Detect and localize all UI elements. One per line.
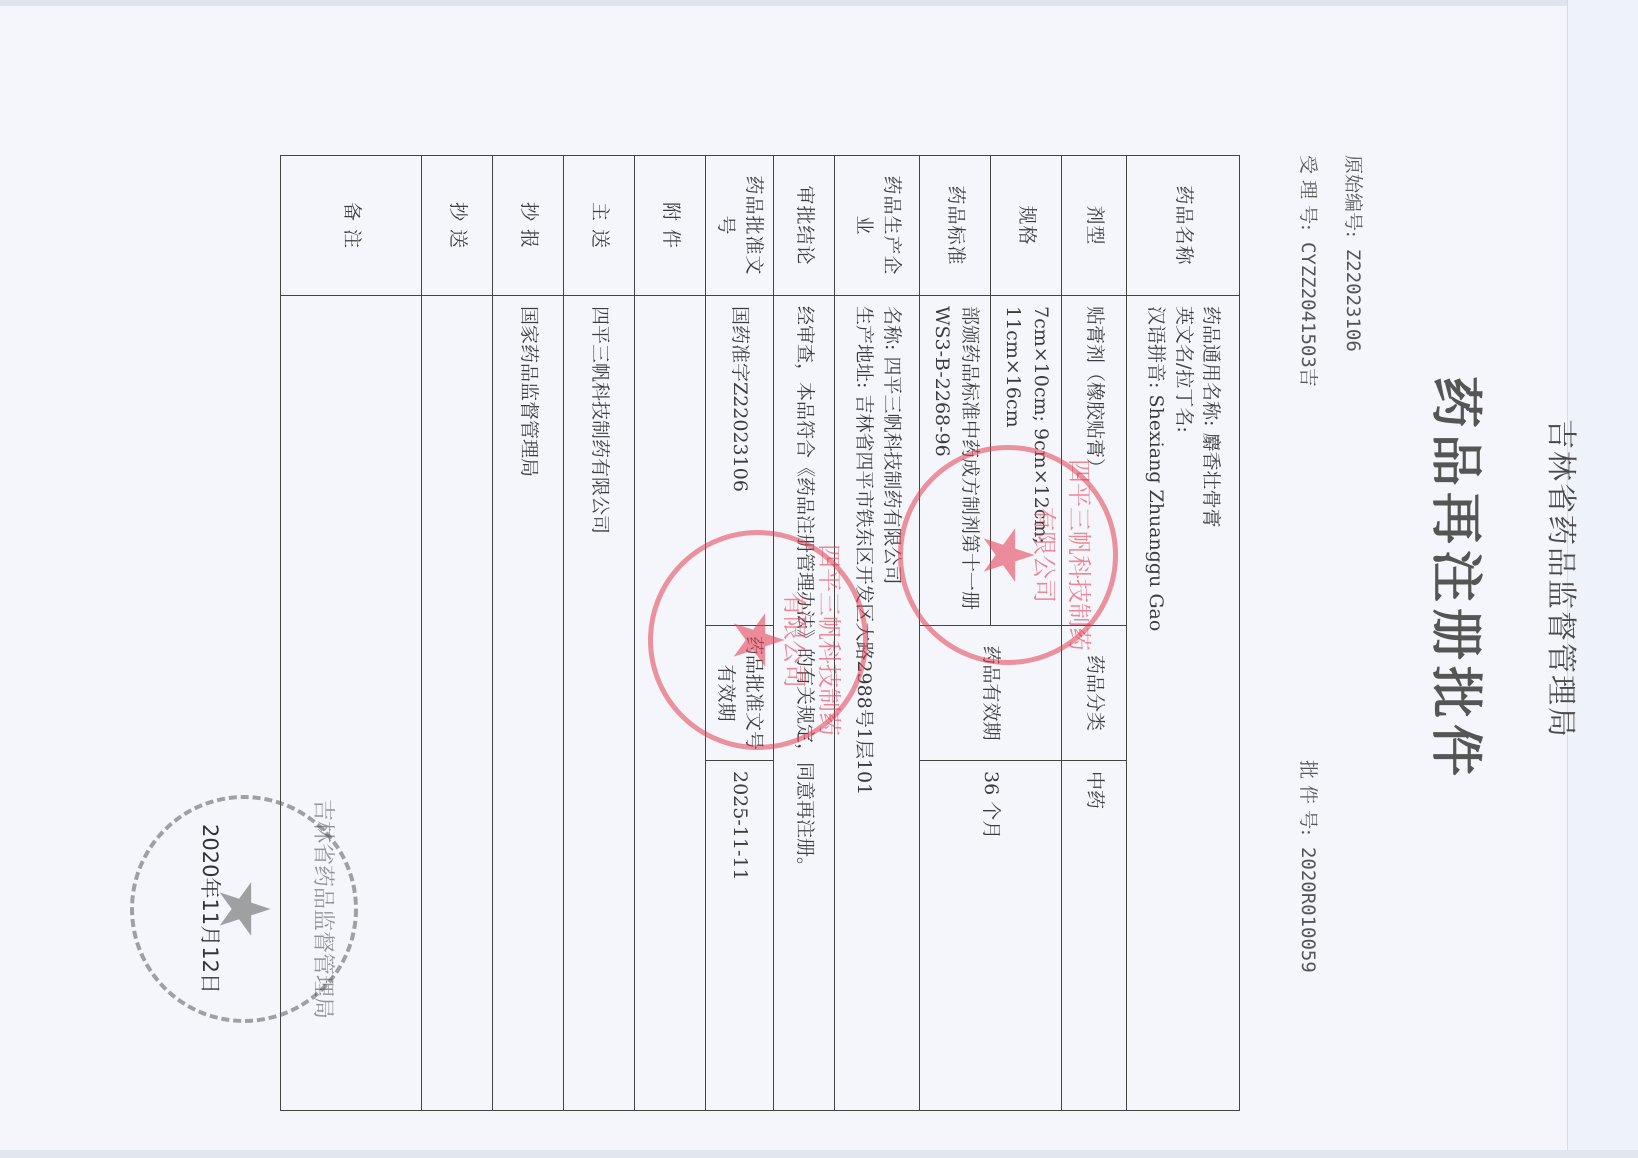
- specification-label: 规格: [991, 156, 1062, 296]
- cc-value: [421, 296, 492, 1111]
- table-row-main-recipient: 主 送 四平三帆科技制药有限公司: [563, 156, 634, 1111]
- pinyin-value: Shexiang Zhuanggu Gao: [1145, 394, 1167, 631]
- generic-name-label: 药品通用名称:: [1200, 306, 1222, 426]
- approval-doc-number-label: 批 件 号:: [1297, 760, 1319, 835]
- table-row-approval-number: 药品批准文号 国药准字Z22023106 药品批准文号有效期 2025-11-1…: [705, 156, 773, 1111]
- star-icon: ★: [203, 878, 285, 941]
- specification-value: 7cm×10cm; 9cm×12cm; 11cm×16cm: [991, 296, 1062, 626]
- acceptance-number: 受 理 号: CYZZ2041503吉: [1296, 155, 1323, 387]
- original-number: 原始编号: Z22023106: [1341, 155, 1368, 352]
- manufacturer-name-value: 四平三帆科技制药有限公司: [881, 356, 903, 584]
- drug-name-cell: 药品通用名称: 麝香壮骨膏 英文名/拉丁名: 汉语拼音: Shexiang Zh…: [1127, 296, 1240, 1111]
- table-row-drug-name: 药品名称 药品通用名称: 麝香壮骨膏 英文名/拉丁名: 汉语拼音: Shexia…: [1127, 156, 1240, 1111]
- dosage-form-label: 剂型: [1062, 156, 1127, 296]
- approval-number-value: 国药准字Z22023106: [705, 296, 773, 626]
- pinyin-label: 汉语拼音:: [1145, 306, 1167, 388]
- report-to-value: 国家药品监督管理局: [492, 296, 563, 1111]
- drug-class-value: 中药: [1062, 761, 1127, 1111]
- generic-name-value: 麝香壮骨膏: [1200, 432, 1222, 527]
- original-number-value: Z22023106: [1342, 249, 1364, 352]
- manufacturer-address-label: 生产地址:: [853, 306, 875, 388]
- conclusion-value: 经审查，本品符合《药品注册管理办法》的有关规定，同意再注册。: [774, 296, 835, 1111]
- table-row-manufacturer: 药品生产企业 名称: 四平三帆科技制药有限公司 生产地址: 吉林省四平市铁东区开…: [835, 156, 920, 1111]
- manufacturer-cell: 名称: 四平三帆科技制药有限公司 生产地址: 吉林省四平市铁东区开发区大路298…: [835, 296, 920, 1111]
- official-seal-date: 2020年11月12日: [196, 799, 226, 1019]
- approval-doc-number-value: 2020R010059: [1297, 847, 1319, 973]
- table-row-attachment: 附 件: [634, 156, 705, 1111]
- remarks-label: 备 注: [280, 156, 421, 296]
- document-page: 吉林省药品监督管理局 药品再注册批件 原始编号: Z22023106 受 理 号…: [0, 0, 1638, 1158]
- attachment-value: [634, 296, 705, 1111]
- acceptance-number-label: 受 理 号:: [1297, 155, 1319, 230]
- manufacturer-label: 药品生产企业: [835, 156, 920, 296]
- main-recipient-value: 四平三帆科技制药有限公司: [563, 296, 634, 1111]
- table-row-report-to: 抄 报 国家药品监督管理局: [492, 156, 563, 1111]
- cc-label: 抄 送: [421, 156, 492, 296]
- table-row-cc: 抄 送: [421, 156, 492, 1111]
- drug-name-label: 药品名称: [1127, 156, 1240, 296]
- manufacturer-address-value: 吉林省四平市铁东区开发区大路2988号1层101: [853, 394, 875, 795]
- registration-table: 药品名称 药品通用名称: 麝香壮骨膏 英文名/拉丁名: 汉语拼音: Shexia…: [280, 155, 1240, 1111]
- table-row-remarks: 备 注: [280, 156, 421, 1111]
- dosage-form-value: 贴膏剂（橡胶贴膏）: [1062, 296, 1127, 626]
- table-row-dosage-form: 剂型 贴膏剂（橡胶贴膏） 药品分类 中药: [1062, 156, 1127, 1111]
- remarks-value: [280, 296, 421, 1111]
- report-to-label: 抄 报: [492, 156, 563, 296]
- document-title: 药品再注册批件: [1423, 0, 1498, 1158]
- manufacturer-name-label: 名称:: [881, 306, 903, 350]
- acceptance-number-value: CYZZ2041503吉: [1297, 242, 1319, 387]
- approval-validity-value: 2025-11-11: [705, 761, 773, 1111]
- attachment-label: 附 件: [634, 156, 705, 296]
- standard-label: 药品标准: [920, 156, 991, 296]
- original-number-label: 原始编号:: [1342, 155, 1364, 237]
- shelf-life-label: 药品有效期: [920, 626, 1062, 761]
- drug-class-label: 药品分类: [1062, 626, 1127, 761]
- standard-value: 部颁药品标准中药成方制剂第十一册WS3-B-2268-96: [920, 296, 991, 626]
- approval-number-label: 药品批准文号: [705, 156, 773, 296]
- shelf-life-value: 36 个月: [920, 761, 1062, 1111]
- main-recipient-label: 主 送: [563, 156, 634, 296]
- table-row-conclusion: 审批结论 经审查，本品符合《药品注册管理办法》的有关规定，同意再注册。: [774, 156, 835, 1111]
- approval-doc-number: 批 件 号: 2020R010059: [1296, 760, 1323, 973]
- conclusion-label: 审批结论: [774, 156, 835, 296]
- table-row-specification: 规格 7cm×10cm; 9cm×12cm; 11cm×16cm 药品有效期 3…: [991, 156, 1062, 1111]
- approval-validity-label: 药品批准文号有效期: [705, 626, 773, 761]
- english-name-label: 英文名/拉丁名:: [1173, 306, 1195, 433]
- issuing-agency: 吉林省药品监督管理局: [1542, 0, 1586, 1158]
